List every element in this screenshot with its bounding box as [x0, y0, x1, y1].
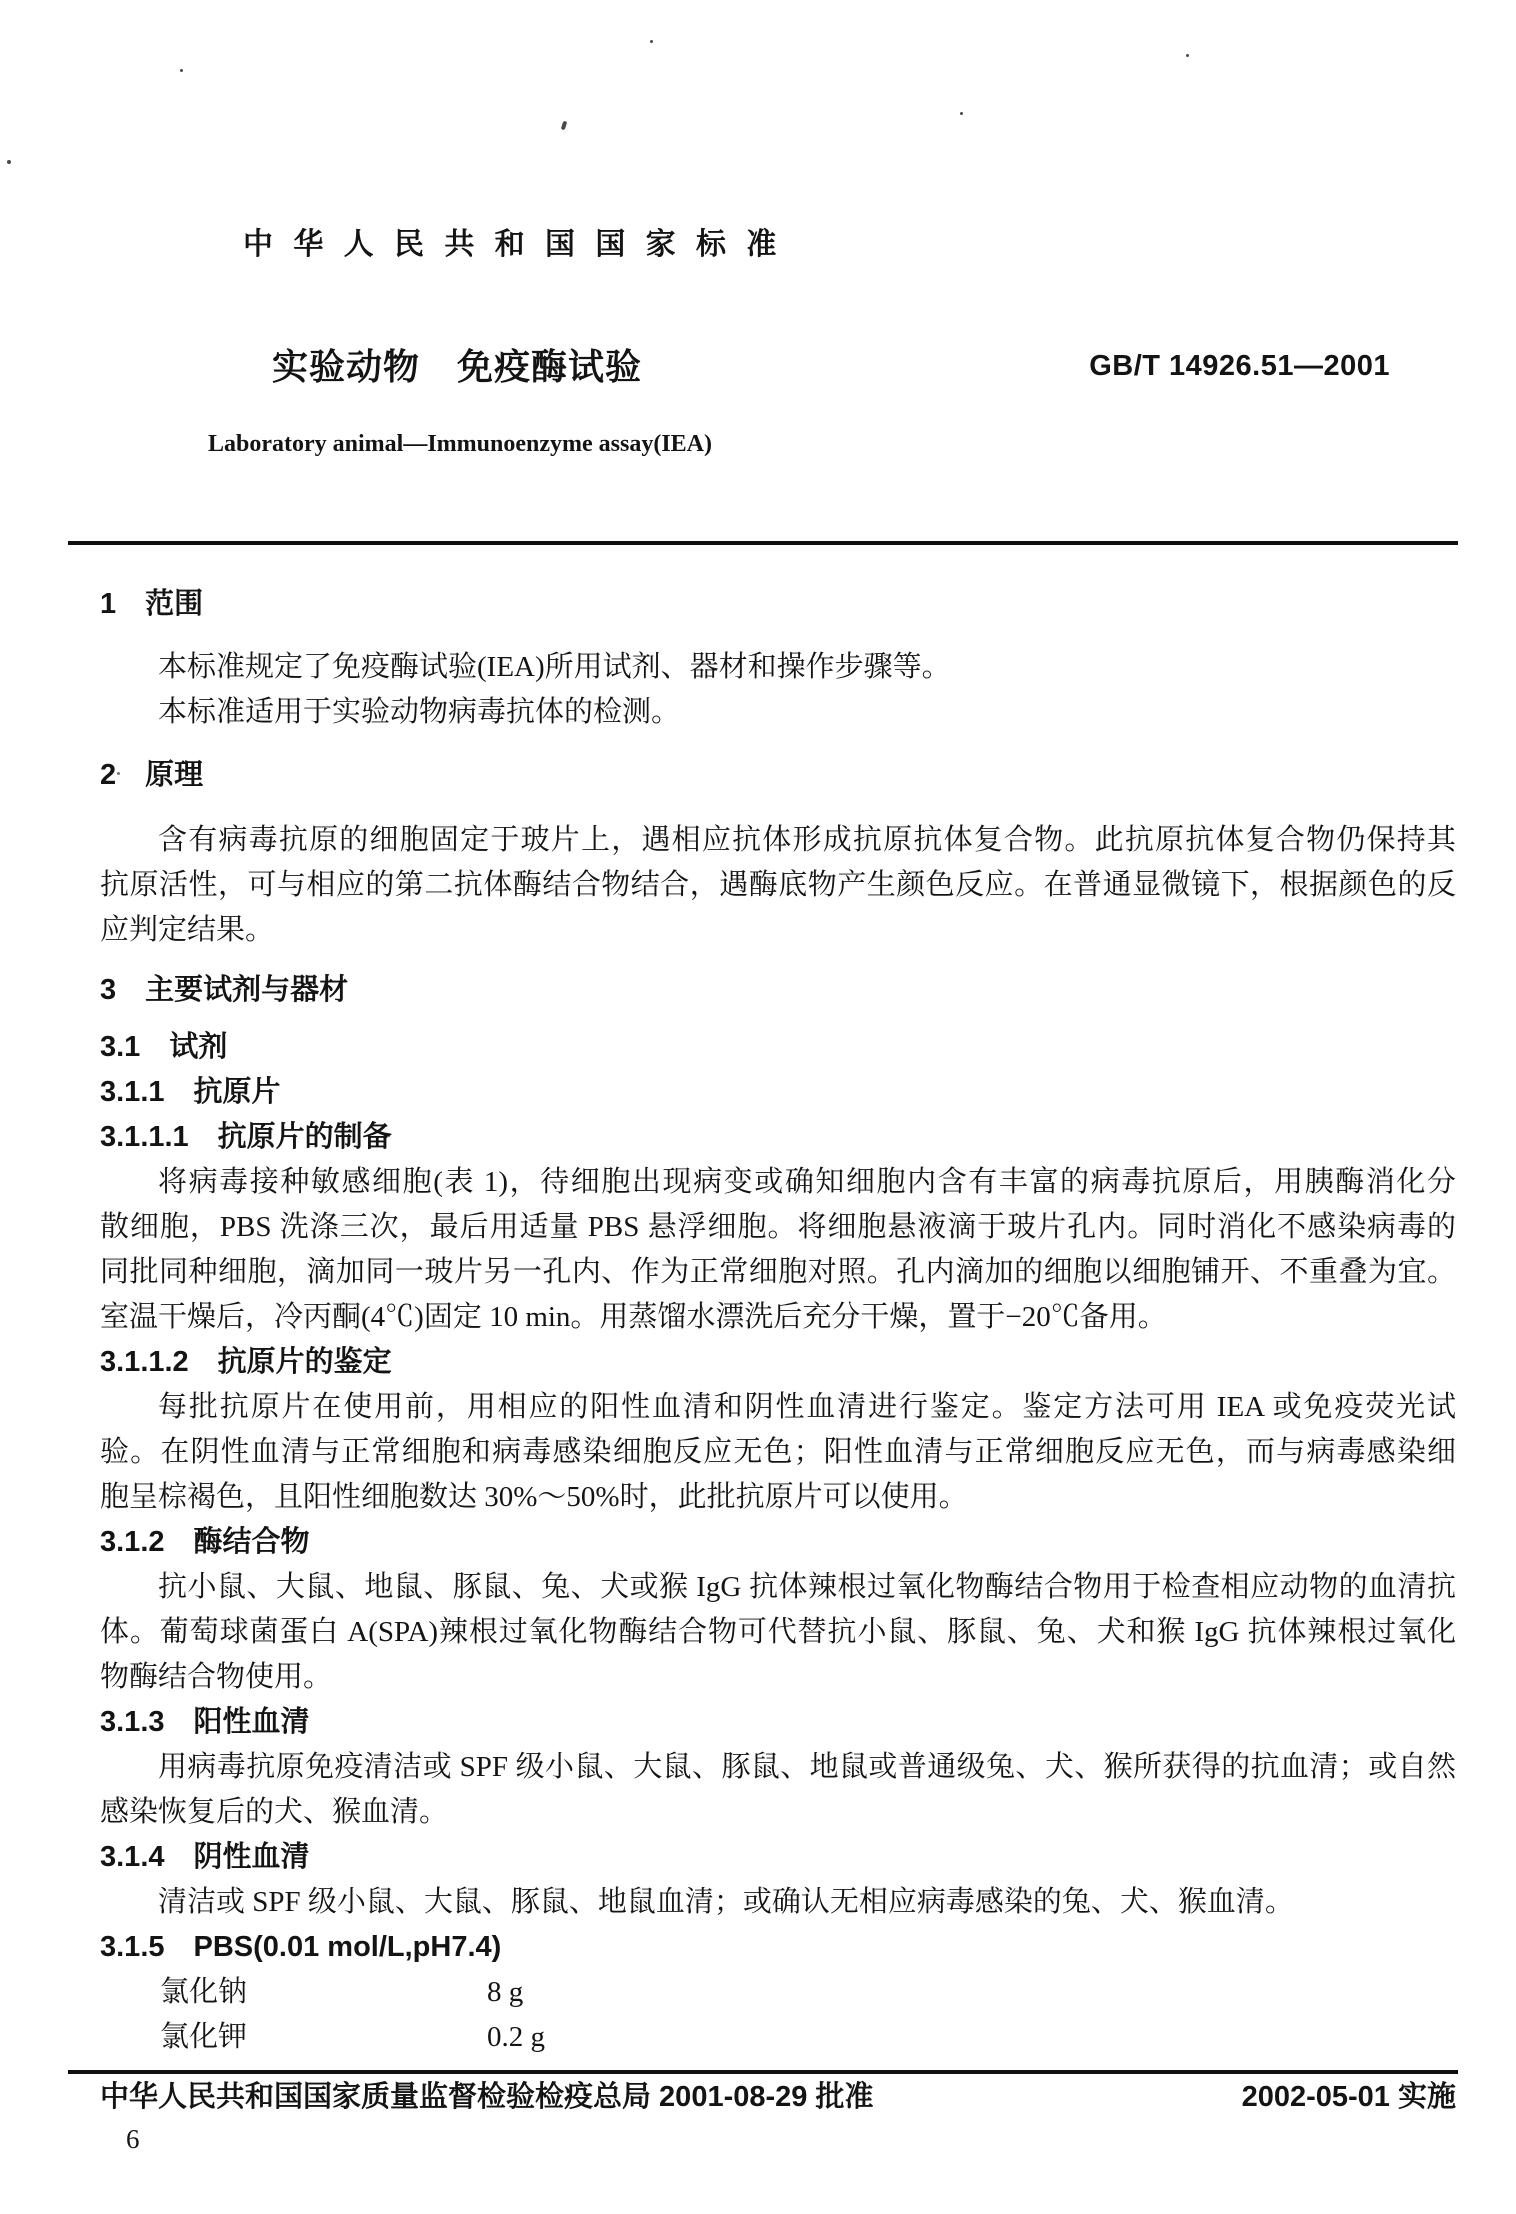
document-body: 1 范围本标准规定了免疫酶试验(IEA)所用试剂、器材和操作步骤等。本标准适用于… — [100, 582, 1456, 2060]
scan-speck — [561, 121, 568, 131]
document-page: 中 华 人 民 共 和 国 国 家 标 准 实验动物 免疫酶试验 GB/T 14… — [0, 0, 1516, 2214]
header-rule — [68, 541, 1458, 545]
body-text-line: 本标准规定了免疫酶试验(IEA)所用试剂、器材和操作步骤等。 — [100, 645, 1456, 690]
body-text-line: 应判定结果。 — [100, 908, 1456, 953]
reagent-row: 氯化钠8 g — [100, 1970, 1456, 2015]
document-title-cn: 实验动物 免疫酶试验 — [272, 346, 642, 388]
page-number: 6 — [126, 2124, 140, 2154]
body-text-line: 散细胞，PBS 洗涤三次，最后用适量 PBS 悬浮细胞。将细胞悬液滴于玻片孔内。… — [100, 1205, 1456, 1250]
footer-implementation: 2002-05-01 实施 — [1242, 2080, 1456, 2114]
reagent-amount: 8 g — [487, 1976, 523, 2008]
section-heading: 3.1.4 阴性血清 — [100, 1835, 1456, 1880]
body-text-line: 抗原活性，可与相应的第二抗体酶结合物结合，遇酶底物产生颜色反应。在普通显微镜下，… — [100, 863, 1456, 908]
scan-speck — [650, 40, 653, 43]
section-heading: 2 原理 — [100, 753, 1456, 798]
document-title-en: Laboratory animal—Immunoenzyme assay(IEA… — [208, 430, 712, 458]
scan-speck — [960, 112, 963, 115]
body-text-line: 感染恢复后的犬、猴血清。 — [100, 1790, 1456, 1835]
reagent-name: 氯化钠 — [160, 1970, 487, 2015]
reagent-row: 氯化钾0.2 g — [100, 2015, 1456, 2060]
section-heading: 3.1.5 PBS(0.01 mol/L,pH7.4) — [100, 1925, 1456, 1970]
scan-speck — [180, 69, 183, 72]
section-heading: 1 范围 — [100, 582, 1456, 627]
body-text-line: 室温干燥后，冷丙酮(4℃)固定 10 min。用蒸馏水漂洗后充分干燥，置于−20… — [100, 1295, 1456, 1340]
footer-approval: 中华人民共和国国家质量监督检验检疫总局 2001-08-29 批准 — [100, 2080, 873, 2114]
body-text-line: 同批同种细胞，滴加同一玻片另一孔内、作为正常细胞对照。孔内滴加的细胞以细胞铺开、… — [100, 1250, 1456, 1295]
body-text-line: 抗小鼠、大鼠、地鼠、豚鼠、兔、犬或猴 IgG 抗体辣根过氧化物酶结合物用于检查相… — [100, 1565, 1456, 1610]
footer-rule — [68, 2070, 1458, 2074]
scan-speck — [1186, 54, 1189, 57]
section-heading: 3.1.3 阳性血清 — [100, 1700, 1456, 1745]
body-text-line: 清洁或 SPF 级小鼠、大鼠、豚鼠、地鼠血清；或确认无相应病毒感染的兔、犬、猴血… — [100, 1880, 1456, 1925]
body-text-line: 用病毒抗原免疫清洁或 SPF 级小鼠、大鼠、豚鼠、地鼠或普通级兔、犬、猴所获得的… — [100, 1745, 1456, 1790]
body-text-line: 本标准适用于实验动物病毒抗体的检测。 — [100, 690, 1456, 735]
section-heading: 3.1.2 酶结合物 — [100, 1520, 1456, 1565]
body-text-line: 胞呈棕褐色，且阳性细胞数达 30%～50%时，此批抗原片可以使用。 — [100, 1475, 1456, 1520]
body-text-line: 物酶结合物使用。 — [100, 1655, 1456, 1700]
body-text-line: 每批抗原片在使用前，用相应的阳性血清和阴性血清进行鉴定。鉴定方法可用 IEA 或… — [100, 1385, 1456, 1430]
section-heading: 3.1.1.1 抗原片的制备 — [100, 1115, 1456, 1160]
body-text-line: 体。葡萄球菌蛋白 A(SPA)辣根过氧化物酶结合物可代替抗小鼠、豚鼠、兔、犬和猴… — [100, 1610, 1456, 1655]
scan-speck — [7, 160, 11, 164]
standard-number: GB/T 14926.51—2001 — [1089, 350, 1390, 382]
body-text-line: 验。在阴性血清与正常细胞和病毒感染细胞反应无色；阳性血清与正常细胞反应无色，而与… — [100, 1430, 1456, 1475]
body-text-line: 将病毒接种敏感细胞(表 1)，待细胞出现病变或确知细胞内含有丰富的病毒抗原后，用… — [100, 1160, 1456, 1205]
body-text-line: 含有病毒抗原的细胞固定于玻片上，遇相应抗体形成抗原抗体复合物。此抗原抗体复合物仍… — [100, 818, 1456, 863]
reagent-name: 氯化钾 — [160, 2015, 487, 2060]
section-heading: 3.1 试剂 — [100, 1025, 1456, 1070]
section-heading: 3.1.1 抗原片 — [100, 1070, 1456, 1115]
national-standard-header: 中 华 人 民 共 和 国 国 家 标 准 — [243, 228, 782, 262]
reagent-amount: 0.2 g — [487, 2021, 545, 2053]
section-heading: 3.1.1.2 抗原片的鉴定 — [100, 1340, 1456, 1385]
section-heading: 3 主要试剂与器材 — [100, 968, 1456, 1013]
